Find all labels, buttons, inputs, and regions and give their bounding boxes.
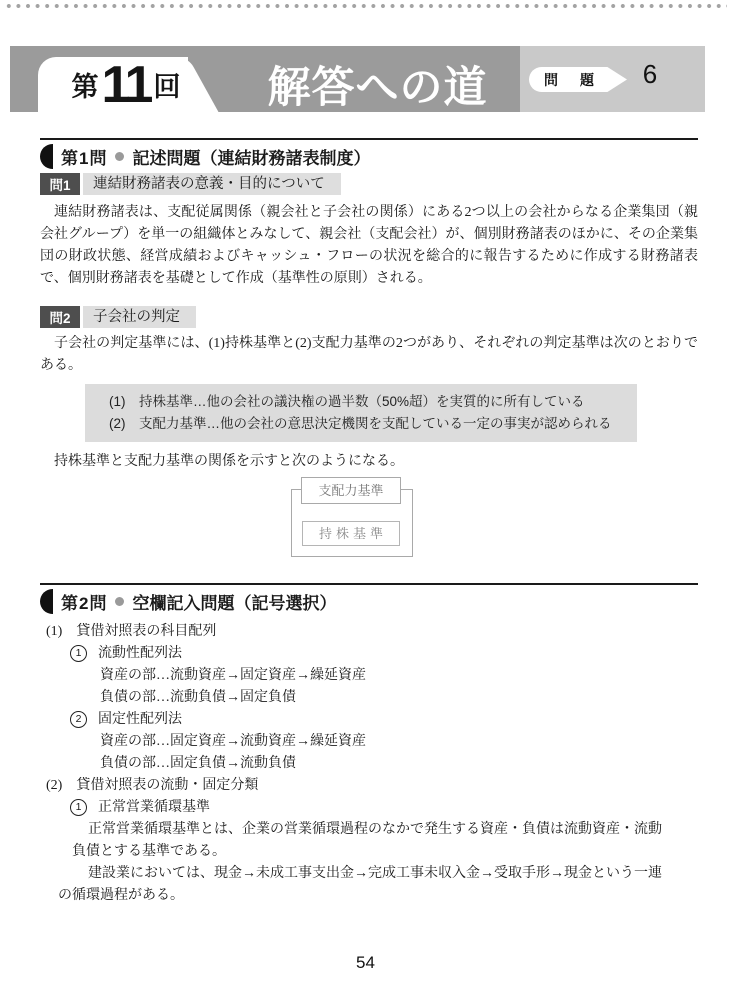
circled-number-icon: 1: [70, 645, 87, 662]
outline-line: 負債の部…流動負債→固定負債: [100, 687, 698, 709]
outline-text: 流動性配列法: [98, 646, 182, 661]
outline-text: (2) 貸借対照表の流動・固定分類: [46, 778, 258, 793]
question-1-body: 連結財務諸表は、支配従属関係（親会社と子会社の関係）にある2つ以上の会社からなる…: [40, 202, 698, 290]
outline-line: (1) 貸借対照表の科目配列: [46, 621, 698, 643]
outline-text: 建設業においては、現金→未成工事支出金→完成工事未収入金→受取手形→現金という一…: [88, 866, 662, 881]
section-1-number: 第1問: [61, 144, 107, 169]
crescent-icon: [40, 589, 53, 614]
section-2-title: 空欄記入問題（記号選択）: [132, 589, 336, 614]
outline-line: 負債とする基準である。: [72, 841, 698, 863]
outline-line: 資産の部…固定資産→流動資産→繰延資産: [100, 731, 698, 753]
criteria-diagram: 支配力基準 持株基準: [291, 477, 415, 561]
page-title: 解答への道: [235, 54, 520, 115]
section-2-number: 第2問: [61, 589, 107, 614]
bullet-icon: [115, 597, 124, 606]
dotted-top-border: [4, 3, 727, 9]
diagram-shareholding-criterion-box: 持株基準: [302, 521, 400, 546]
diagram-control-criterion-box: 支配力基準: [301, 477, 401, 504]
page-header: 第 11 回 解答への道 問 題 6: [10, 46, 705, 112]
outline-line: 正常営業循環基準とは、企業の営業循環過程のなかで発生する資産・負債は流動資産・流…: [88, 819, 698, 841]
round-number: 11: [102, 59, 151, 111]
section-1-title: 記述問題（連結財務諸表制度）: [132, 144, 370, 169]
section-1: 第1問 記述問題（連結財務諸表制度） 問1 連結財務諸表の意義・目的について 連…: [40, 138, 698, 561]
outline-text: 正常営業循環基準とは、企業の営業循環過程のなかで発生する資産・負債は流動資産・流…: [88, 822, 662, 837]
problem-tab-arrow: 問 題: [529, 67, 627, 92]
outline-line: 1流動性配列法: [70, 643, 698, 665]
outline-line: の循環過程がある。: [58, 885, 698, 907]
outline-line: 建設業においては、現金→未成工事支出金→完成工事未収入金→受取手形→現金という一…: [88, 863, 698, 885]
section-2: 第2問 空欄記入問題（記号選択） (1) 貸借対照表の科目配列1流動性配列法資産…: [40, 583, 698, 907]
answer-outline: (1) 貸借対照表の科目配列1流動性配列法資産の部…流動資産→固定資産→繰延資産…: [40, 621, 698, 907]
question-2-header: 問2 子会社の判定: [40, 306, 698, 328]
outline-text: の循環過程がある。: [58, 888, 184, 903]
section-1-heading: 第1問 記述問題（連結財務諸表制度）: [40, 138, 698, 169]
question-1-header: 問1 連結財務諸表の意義・目的について: [40, 173, 698, 195]
round-number-label: 第 11 回: [44, 57, 208, 112]
outline-text: 負債とする基準である。: [72, 844, 226, 859]
outline-text: 負債の部…流動負債→固定負債: [100, 690, 296, 705]
problem-number: 6: [632, 59, 668, 90]
question-2-badge: 問2: [40, 306, 80, 328]
outline-text: (1) 貸借対照表の科目配列: [46, 624, 216, 639]
outline-line: (2) 貸借対照表の流動・固定分類: [46, 775, 698, 797]
outline-text: 資産の部…流動資産→固定資産→繰延資産: [100, 668, 366, 683]
criteria-item: (1) 持株基準…他の会社の議決権の過半数（50%超）を実質的に所有している: [109, 391, 637, 413]
outline-line: 1正常営業循環基準: [70, 797, 698, 819]
outline-text: 固定性配列法: [98, 712, 182, 727]
outline-text: 負債の部…固定負債→流動負債: [100, 756, 296, 771]
outline-line: 資産の部…流動資産→固定資産→繰延資産: [100, 665, 698, 687]
page-number: 54: [0, 953, 731, 973]
circled-number-icon: 1: [70, 799, 87, 816]
criteria-item: (2) 支配力基準…他の会社の意思決定機関を支配している一定の事実が認められる: [109, 413, 637, 435]
relation-note: 持株基準と支配力基準の関係を示すと次のようになる。: [40, 451, 698, 473]
question-1-title: 連結財務諸表の意義・目的について: [83, 173, 341, 195]
outline-line: 2固定性配列法: [70, 709, 698, 731]
question-1-badge: 問1: [40, 173, 80, 195]
question-2-title: 子会社の判定: [83, 306, 196, 328]
outline-text: 資産の部…固定資産→流動資産→繰延資産: [100, 734, 366, 749]
circled-number-icon: 2: [70, 711, 87, 728]
criteria-box: (1) 持株基準…他の会社の議決権の過半数（50%超）を実質的に所有している(2…: [85, 384, 637, 442]
outline-text: 正常営業循環基準: [98, 800, 210, 815]
round-prefix: 第: [72, 65, 99, 104]
crescent-icon: [40, 144, 53, 169]
outline-line: 負債の部…固定負債→流動負債: [100, 753, 698, 775]
round-suffix: 回: [153, 65, 180, 104]
question-2-body: 子会社の判定基準には、(1)持株基準と(2)支配力基準の2つがあり、それぞれの判…: [40, 333, 698, 377]
section-2-heading: 第2問 空欄記入問題（記号選択）: [40, 583, 698, 614]
bullet-icon: [115, 152, 124, 161]
